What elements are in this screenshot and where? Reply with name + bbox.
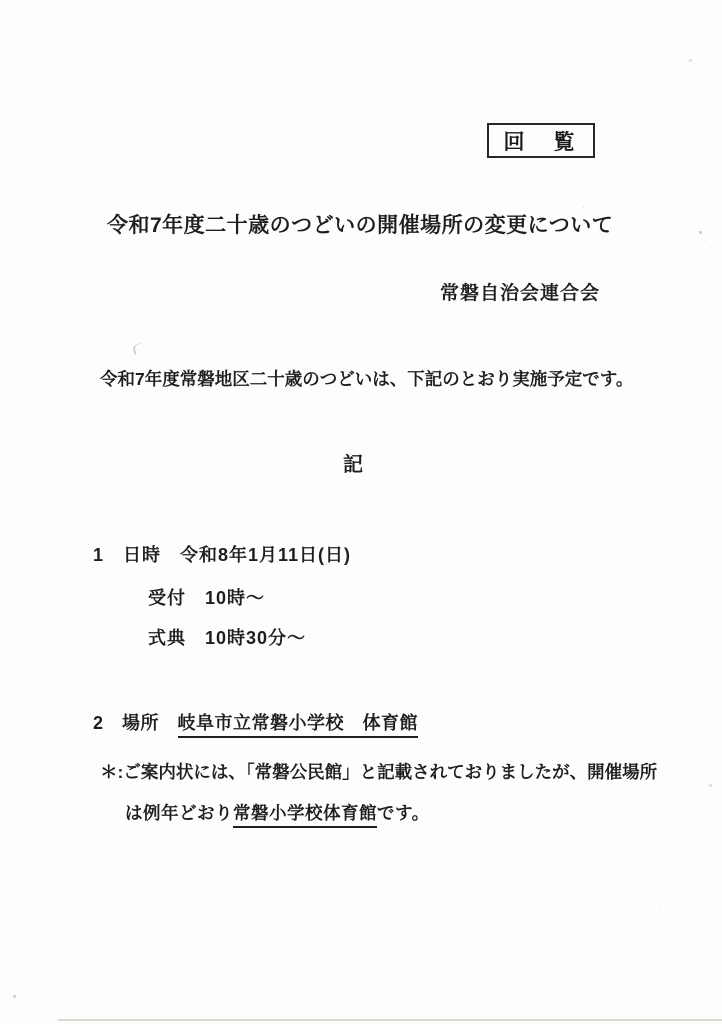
scan-edge-line — [58, 1019, 722, 1021]
note-line2-suffix: です。 — [377, 803, 430, 823]
note-line2-prefix: は例年どおり — [125, 803, 233, 823]
scanned-notice-page: 回 覧 令和7年度二十歳のつどいの開催場所の変更について 常磐自治会連合会 令和… — [0, 0, 722, 1024]
kairan-stamp-label: 回 覧 — [504, 126, 579, 156]
document-title: 令和7年度二十歳のつどいの開催場所の変更について — [107, 213, 613, 238]
schedule-date-line: 1 日時 令和8年1月11日(日) — [93, 545, 351, 567]
venue-name-underlined: 岐阜市立常磐小学校 体育館 — [178, 713, 419, 738]
venue-label: 2 場所 — [93, 713, 178, 733]
scan-artifact-mark — [132, 343, 144, 355]
kairan-stamp-box: 回 覧 — [487, 123, 595, 158]
record-marker: 記 — [343, 453, 364, 477]
intro-sentence: 令和7年度常磐地区二十歳のつどいは、下記のとおり実施予定です。 — [100, 369, 633, 390]
ceremony-time-line: 式典 10時30分～ — [148, 628, 306, 650]
note-line-1: ＊:ご案内状には、「常磐公民館」と記載されておりましたが、開催場所 — [100, 762, 657, 783]
scan-noise-speckles — [0, 0, 1, 1]
reception-time-line: 受付 10時～ — [148, 588, 265, 610]
issuing-organization: 常磐自治会連合会 — [440, 283, 600, 306]
note-venue-underlined: 常磐小学校体育館 — [233, 803, 377, 828]
note-line-2: は例年どおり常磐小学校体育館です。 — [125, 803, 430, 824]
venue-line: 2 場所 岐阜市立常磐小学校 体育館 — [93, 713, 418, 735]
